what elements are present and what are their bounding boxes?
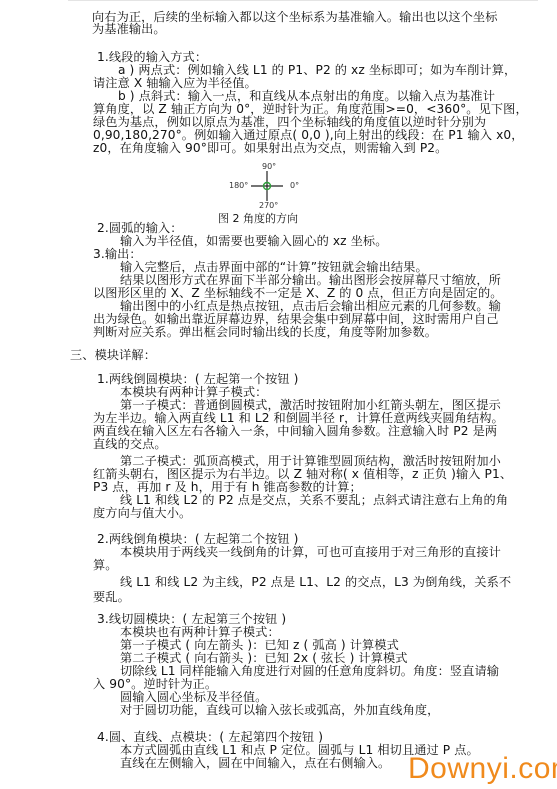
- intro-line-2: 为基准输出。: [92, 23, 166, 36]
- m2-line-4: 要乱。: [93, 591, 130, 604]
- modules-heading: 三、模块详解：: [70, 349, 156, 362]
- m2-line-1: 本模块用于两线夹一线倒角的计算，可也可直接用于对三角形的直接计: [120, 546, 501, 559]
- item1-b-line-5: z0，在角度输入 90°即可。如果射出点为交点，则需输入到 P2。: [93, 142, 447, 155]
- label-90: 90°: [262, 162, 276, 171]
- label-0: 0°: [290, 181, 299, 190]
- label-180: 180°: [229, 181, 248, 190]
- page-top-border: [68, 0, 538, 1]
- m1-line-10: 度方向与值大小。: [93, 507, 191, 520]
- m2-line-2: 算。: [93, 559, 118, 572]
- label-270: 270°: [259, 201, 278, 210]
- angle-direction-figure: 90° 180° 0° 270°: [226, 161, 316, 211]
- m3-line-7: 对于圆切功能，直线可以输入弦长或弧高，外加直线角度，: [120, 704, 439, 717]
- watermark-logo: Downyi.com: [408, 752, 557, 786]
- m1-line-5: 直线的交点。: [93, 438, 167, 451]
- item3-line-6: 判断对应关系。弹出框会同时输出线的长度，角度等附加参数。: [93, 326, 437, 339]
- item2-line-1: 输入为半径值，如需要也要输入圆心的 xz 坐标。: [120, 235, 388, 248]
- m4-line-2: 直线在左侧输入，圆在中间输入，点在右侧输入。: [120, 757, 390, 770]
- figure-caption: 图 2 角度的方向: [218, 210, 298, 226]
- m2-line-3: 线 L1 和线 L2 为主线，P2 点是 L1、L2 的交点，L3 为倒角线，关…: [120, 576, 511, 589]
